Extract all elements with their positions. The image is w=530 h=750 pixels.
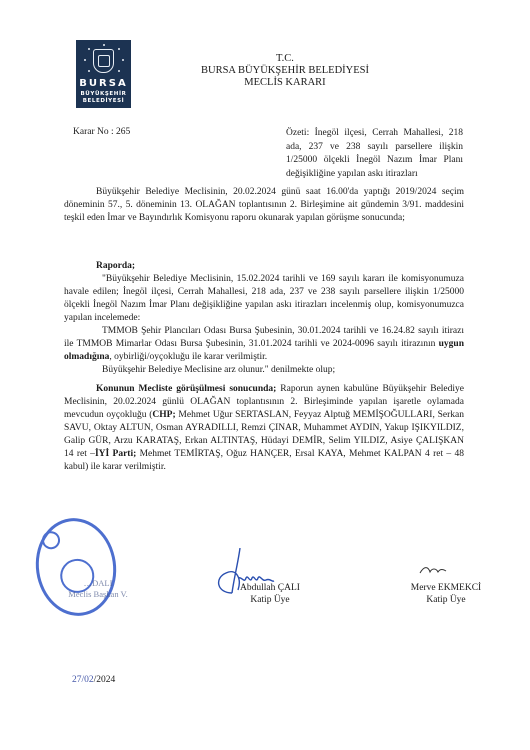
report-paragraph-3: Büyükşehir Belediye Meclisine arz olunur… [64, 364, 464, 377]
signatory-3-name: Merve EKMEKCİ [386, 582, 506, 594]
logo-star-icon [88, 48, 90, 50]
logo-star-icon [88, 70, 90, 72]
logo-star-icon [84, 59, 86, 61]
signatory-2-name: Abdullah ÇALI [210, 582, 330, 594]
date-printed: /2024 [94, 675, 116, 685]
result-heading: Konunun Mecliste görüşülmesi sonucunda; [96, 384, 276, 394]
header-tc: T.C. [170, 53, 400, 65]
council-result-paragraph: Konunun Mecliste görüşülmesi sonucunda; … [64, 383, 464, 474]
decision-number: Karar No : 265 [73, 127, 130, 137]
report-paragraph-2: TMMOB Şehir Plancıları Odası Bursa Şubes… [64, 325, 464, 364]
logo-text-belediyesi: BELEDİYESİ [76, 98, 131, 104]
signatory-2: Abdullah ÇALI Katip Üye [210, 582, 330, 606]
intro-paragraph: Büyükşehir Belediye Meclisinin, 20.02.20… [64, 186, 464, 225]
document-date: 27/02/2024 [72, 675, 115, 685]
header-institution: BURSA BÜYÜKŞEHİR BELEDİYESİ [170, 65, 400, 77]
signatory-1: …DALI Meclis Başkan V. [48, 578, 148, 600]
logo-star-icon [118, 70, 120, 72]
logo-star-icon [118, 48, 120, 50]
document-header: T.C. BURSA BÜYÜKŞEHİR BELEDİYESİ MECLİS … [170, 53, 400, 89]
stamp-ring-icon [41, 530, 61, 550]
header-doc-type: MECLİS KARARI [170, 77, 400, 89]
signatory-1-name: …DALI [48, 578, 148, 589]
official-stamp-icon [30, 513, 123, 621]
crest-icon [93, 49, 114, 73]
report-paragraph-1: "Büyükşehir Belediye Meclisinin, 15.02.2… [64, 273, 464, 325]
logo-text-buyuksehir: BÜYÜKŞEHİR [76, 91, 131, 97]
party-chp: CHP; [152, 410, 175, 420]
logo-star-icon [122, 59, 124, 61]
report-p2-end: , oybirliği/oyçokluğu ile karar verilmiş… [109, 352, 267, 362]
report-section: Raporda; "Büyükşehir Belediye Meclisinin… [64, 260, 464, 377]
signatory-3: Merve EKMEKCİ Katip Üye [386, 582, 506, 606]
logo-star-icon [103, 44, 105, 46]
municipality-logo: BURSA BÜYÜKŞEHİR BELEDİYESİ [76, 40, 131, 108]
signatory-2-title: Katip Üye [210, 594, 330, 606]
date-handwritten: 27/02 [72, 675, 94, 685]
party-iyi: İYİ Parti; [95, 449, 136, 459]
decision-summary: Özeti: İnegöl ilçesi, Cerrah Mahallesi, … [286, 127, 463, 181]
report-heading: Raporda; [64, 260, 464, 273]
signature-merve-ekmekci-icon [418, 564, 448, 576]
logo-text-bursa: BURSA [76, 78, 131, 89]
signatory-3-title: Katip Üye [386, 594, 506, 606]
report-p2-text: TMMOB Şehir Plancıları Odası Bursa Şubes… [64, 326, 464, 349]
signatory-1-title: Meclis Başkan V. [48, 589, 148, 600]
